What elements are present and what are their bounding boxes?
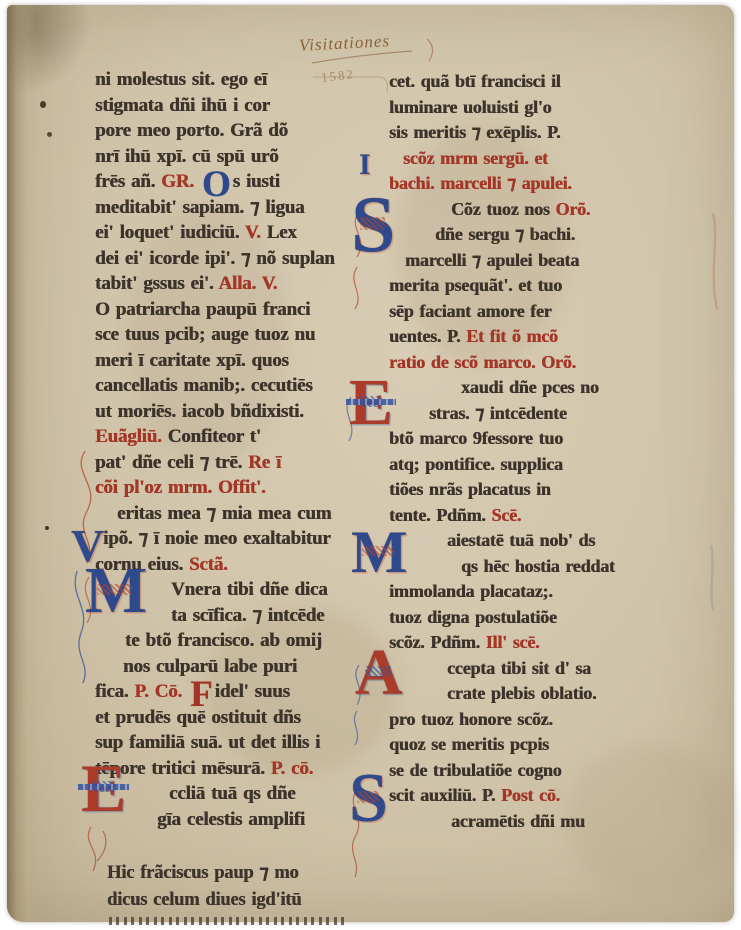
text-segment: btõ marco 9fessore tuo [389, 428, 563, 448]
text-line: meri ī caritate xpī. quos [95, 348, 371, 374]
text-line: Hic frãciscus paup ⁊ mo [107, 860, 301, 887]
initial-crossbar [346, 399, 395, 405]
wormhole-speck [40, 101, 46, 108]
text-line: scõz mrm sergū. et [389, 146, 679, 172]
text-segment: tuoz digna postulatiõe [389, 607, 557, 627]
text-segment: P. Cō. [134, 681, 188, 702]
text-segment: ipõ. ⁊ ī noie meo exaltabitur [103, 528, 331, 549]
text-segment: fica. [95, 681, 134, 702]
text-segment: eritas mea ⁊ mia mea cum [117, 503, 331, 524]
text-line: ccliā tuā qs dñe [95, 781, 371, 807]
text-line: tiões nrãs placatus in [389, 477, 679, 503]
illuminated-initial-s: S [351, 189, 396, 263]
text-segment: dñe sergu ⁊ bachi. [435, 224, 575, 244]
text-segment: GR. [161, 171, 200, 192]
illuminated-initial-e: E [81, 757, 126, 820]
text-segment: ut moriēs. iacob bñdixisti. [95, 401, 304, 422]
text-segment: qs hēc hostia reddat [461, 556, 615, 576]
text-line: cõi pl'oz mrm. Offit'. [95, 475, 371, 501]
text-line: ni molestus sit. ego eī [95, 67, 371, 93]
text-segment: ccepta tibi sit d' sa [447, 658, 591, 678]
illuminated-initial-m: M [351, 525, 408, 580]
text-segment: stigmata dñi ihū i cor [95, 95, 270, 116]
text-segment: meri ī caritate xpī. quos [95, 350, 289, 371]
initial-crossbar [78, 784, 129, 790]
text-line: ratio de scõ marco. Orõ. [389, 350, 679, 376]
text-line: marcelli ⁊ apulei beata [389, 248, 679, 274]
text-segment: te btõ francisco. ab omij [125, 630, 322, 651]
text-segment: quoz se meritis pcpis [389, 734, 549, 754]
text-line: atq; pontifice. supplica [389, 452, 679, 478]
text-line: stras. ⁊ intcēdente [389, 401, 679, 427]
text-line: meditabit' sapiam. ⁊ ligua [95, 195, 371, 221]
text-line: O patriarcha paupū franci [95, 297, 371, 323]
text-segment: cõi pl'oz mrm. Offit'. [95, 477, 266, 498]
text-line: frēs añ. GR. Os iusti [95, 169, 371, 195]
text-line: nrī ihū xpī. cū spū urõ [95, 144, 371, 170]
text-segment: scõz mrm sergū. et [403, 148, 548, 168]
text-segment: luminare uoluisti gl'o [389, 97, 551, 117]
text-line: sis meritis ⁊ exēplis. P. [389, 120, 679, 146]
text-segment: nrī ihū xpī. cū spū urõ [95, 146, 278, 167]
text-line: stigmata dñi ihū i cor [95, 93, 371, 119]
text-segment: stras. ⁊ intcēdente [429, 403, 567, 423]
text-segment: cet. quã btī francisci il [389, 71, 560, 91]
text-line: sce tuus pcib; auge tuoz nu [95, 322, 371, 348]
ink-speck [45, 526, 49, 530]
text-segment: crate plebis oblatio. [447, 683, 596, 703]
text-segment: Scē. [491, 505, 521, 525]
text-line: tente. Pdñm. Scē. [389, 503, 679, 529]
text-segment: Lex [267, 222, 297, 243]
text-segment: aiestatē tuā nob' ds [447, 530, 595, 550]
text-segment: Euãgliū. [95, 426, 168, 447]
text-line: ei' loquet' iudiciū. V. Lex [95, 220, 371, 246]
photo-background: Visitationes 1582 ni molestus sit. ego e… [0, 0, 741, 930]
text-segment: V. [245, 222, 267, 243]
text-segment: pat' dñe celi ⁊ trē. [95, 452, 248, 473]
text-segment: immolanda placataz;. [389, 581, 553, 601]
text-line: scit auxiliū. P. Post cō. [389, 783, 679, 809]
text-segment: ta scīfica. ⁊ intcēde [171, 605, 324, 626]
text-segment: acramētis dñi mu [451, 811, 585, 831]
text-segment: gīa celestis amplifi [157, 809, 305, 830]
text-segment: atq; pontifice. supplica [389, 454, 563, 474]
text-line: ipõ. ⁊ ī noie meo exaltabitur [95, 526, 371, 552]
text-line: se de tribulatiõe cogno [389, 758, 679, 784]
text-line: et prudēs quē ostituit dñs [95, 705, 371, 731]
text-line: gīa celestis amplifi [95, 807, 371, 833]
text-segment: sēp faciant amore fer [389, 301, 551, 321]
text-segment: s iusti [233, 171, 280, 192]
text-segment: ratio de scõ marco. Orõ. [389, 352, 576, 372]
text-line: quoz se meritis pcpis [389, 732, 679, 758]
initial-penwork-panel [97, 584, 132, 595]
binding-gutter [7, 5, 37, 922]
text-segment: xaudi dñe pces no [461, 377, 599, 397]
text-segment: ni molestus sit. ego eī [95, 69, 267, 90]
text-line: te btõ francisco. ab omij [95, 628, 371, 654]
text-segment: sce tuus pcib; auge tuoz nu [95, 324, 315, 345]
text-line: tēpore tritici mēsurā. P. cō. [95, 756, 371, 782]
text-segment: sis meritis ⁊ exēplis. P. [389, 122, 560, 142]
text-segment: dei ei' icorde ipi'. ⁊ nõ suplan [95, 248, 335, 269]
text-line: Cõz tuoz nos Orõ. [389, 197, 679, 223]
text-line: sup familiā suā. ut det illis i [95, 730, 371, 756]
text-segment: dicus celum diues igd'itū [107, 890, 301, 910]
text-line: crate plebis oblatio. [389, 681, 679, 707]
text-line: uentes. P. Et fit õ mcõ [389, 324, 679, 350]
text-segment: pore meo porto. Grã dõ [95, 120, 288, 141]
text-segment: idel' suus [215, 681, 290, 702]
text-line: aiestatē tuā nob' ds [389, 528, 679, 554]
text-column-right: cet. quã btī francisci illuminare uoluis… [389, 69, 679, 834]
text-line: acramētis dñi mu [389, 809, 679, 835]
text-line: eritas mea ⁊ mia mea cum [95, 501, 371, 527]
text-line: sēp faciant amore fer [389, 299, 679, 325]
text-segment: Vnera tibi dñe dica [171, 579, 327, 600]
text-segment: Hic frãciscus paup ⁊ mo [107, 863, 299, 883]
text-segment: Confiteor t' [168, 426, 261, 447]
text-segment: scit auxiliū. P. [389, 785, 501, 805]
text-segment: ccliā tuā qs dñe [169, 783, 295, 804]
text-line: fica. P. Cō. Fidel' suus [95, 679, 371, 705]
text-segment: tabit' gssus ei'. [95, 273, 218, 294]
text-segment: Et fit õ mcõ [466, 326, 558, 346]
text-segment: frēs añ. [95, 171, 161, 192]
text-segment: Post cō. [501, 785, 560, 805]
initial-penwork-panel [362, 546, 394, 556]
text-segment: uentes. P. [389, 326, 466, 346]
text-line: luminare uoluisti gl'o [389, 95, 679, 121]
wormhole-speck [47, 132, 52, 137]
text-line: pro tuoz honore scõz. [389, 707, 679, 733]
text-segment: P. cō. [271, 758, 313, 779]
text-segment: et prudēs quē ostituit dñs [95, 707, 301, 728]
text-line: pore meo porto. Grã dõ [95, 118, 371, 144]
text-line: cancellatis manib;. cecutiēs [95, 373, 371, 399]
text-segment: Ill' scē. [486, 632, 540, 652]
initial-penwork-panel [360, 217, 385, 230]
text-segment: Cõz tuoz nos [451, 199, 555, 219]
illuminated-initial-a: A [355, 643, 403, 704]
text-line: cet. quã btī francisci il [389, 69, 679, 95]
text-segment: Alla. V. [218, 273, 277, 294]
text-segment: merita psequãt'. et tuo [389, 275, 562, 295]
illuminated-initial-e: E [349, 373, 393, 434]
illuminated-initial-m: M [85, 561, 147, 622]
text-line: qs hēc hostia reddat [389, 554, 679, 580]
text-line: dicus celum diues igd'itū [107, 887, 301, 914]
text-segment: scõz. Pdñm. [389, 632, 486, 652]
text-line: bachi. marcelli ⁊ apulei. [389, 171, 679, 197]
text-segment: Orõ. [555, 199, 590, 219]
text-segment: cancellatis manib;. cecutiēs [95, 375, 312, 396]
text-column-left: ni molestus sit. ego eīstigmata dñi ihū … [95, 67, 371, 832]
text-segment: pro tuoz honore scõz. [389, 709, 553, 729]
text-segment: O patriarcha paupū franci [95, 299, 310, 320]
manuscript-page: Visitationes 1582 ni molestus sit. ego e… [7, 5, 734, 922]
text-segment: sup familiā suā. ut det illis i [95, 732, 320, 753]
text-segment: se de tribulatiõe cogno [389, 760, 561, 780]
text-line: ut moriēs. iacob bñdixisti. [95, 399, 371, 425]
text-line: ccepta tibi sit d' sa [389, 656, 679, 682]
text-line: btõ marco 9fessore tuo [389, 426, 679, 452]
text-line: nos culparū labe puri [95, 654, 371, 680]
text-line: scõz. Pdñm. Ill' scē. [389, 630, 679, 656]
initial-penwork-panel [365, 666, 392, 677]
text-segment: ei' loquet' iudiciū. [95, 222, 245, 243]
text-line: xaudi dñe pces no [389, 375, 679, 401]
text-segment: tiões nrãs placatus in [389, 479, 551, 499]
text-line: immolanda placataz;. [389, 579, 679, 605]
text-segment: meditabit' sapiam. ⁊ ligua [95, 197, 304, 218]
text-segment: marcelli ⁊ apulei beata [405, 250, 579, 270]
text-line: pat' dñe celi ⁊ trē. Re ī [95, 450, 371, 476]
text-segment: Sctã. [189, 554, 228, 575]
clipped-bottom-line [109, 917, 345, 925]
text-line: dei ei' icorde ipi'. ⁊ nõ suplan [95, 246, 371, 272]
text-line: merita psequãt'. et tuo [389, 273, 679, 299]
text-segment: bachi. marcelli ⁊ apulei. [389, 173, 572, 193]
text-column-left-addendum: Hic frãciscus paup ⁊ modicus celum diues… [107, 860, 301, 914]
text-line: tabit' gssus ei'. Alla. V. [95, 271, 371, 297]
text-segment: Re ī [248, 452, 281, 473]
initial-penwork-panel [357, 791, 379, 803]
text-line: Euãgliū. Confiteor t' [95, 424, 371, 450]
header-inscription: Visitationes [299, 28, 450, 56]
text-line: dñe sergu ⁊ bachi. [389, 222, 679, 248]
illuminated-initial-i: I [359, 151, 371, 179]
illuminated-initial-s: S [349, 767, 388, 831]
text-line: tuoz digna postulatiõe [389, 605, 679, 631]
